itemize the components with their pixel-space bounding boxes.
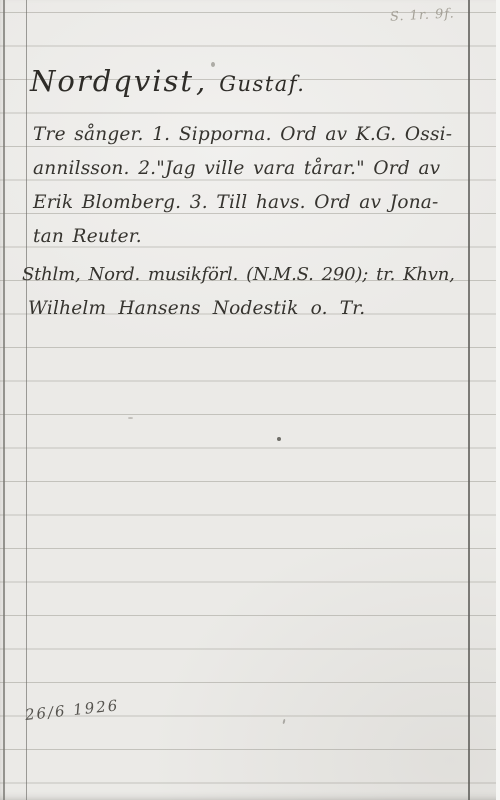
- shelf-mark: S. 1r. 9f.: [390, 6, 455, 24]
- body-line: Tre sånger. 1. Sipporna. Ord av K.G. Oss…: [33, 118, 480, 152]
- body-line: Wilhelm Hansens Nodestik o. Tr.: [28, 292, 480, 326]
- date-note: 26/6 1926: [24, 696, 120, 724]
- body-line: Sthlm, Nord. musikförl. (N.M.S. 290); tr…: [22, 258, 480, 292]
- paper-speck: [277, 437, 281, 441]
- card-body: Tre sånger. 1. Sipporna. Ord av K.G. Oss…: [33, 118, 480, 326]
- heading-given: Gustaf.: [219, 72, 305, 96]
- heading-separator: ,: [196, 64, 207, 98]
- heading-surname: Nordqvist: [30, 64, 194, 98]
- paper-speck: [282, 719, 285, 724]
- body-line: tan Reuter.: [33, 220, 480, 254]
- card-heading: Nordqvist,Gustaf.: [30, 64, 306, 98]
- catalog-card: S. 1r. 9f. Nordqvist,Gustaf. Tre sånger.…: [0, 0, 500, 800]
- paper-speck: [128, 417, 133, 419]
- body-line: Erik Blomberg. 3. Till havs. Ord av Jona…: [33, 186, 480, 220]
- scan-right-edge: [496, 0, 500, 800]
- left-margin-line: [26, 0, 27, 800]
- scan-left-edge-line: [3, 0, 5, 800]
- body-line: annilsson. 2."Jag ville vara tårar." Ord…: [33, 152, 480, 186]
